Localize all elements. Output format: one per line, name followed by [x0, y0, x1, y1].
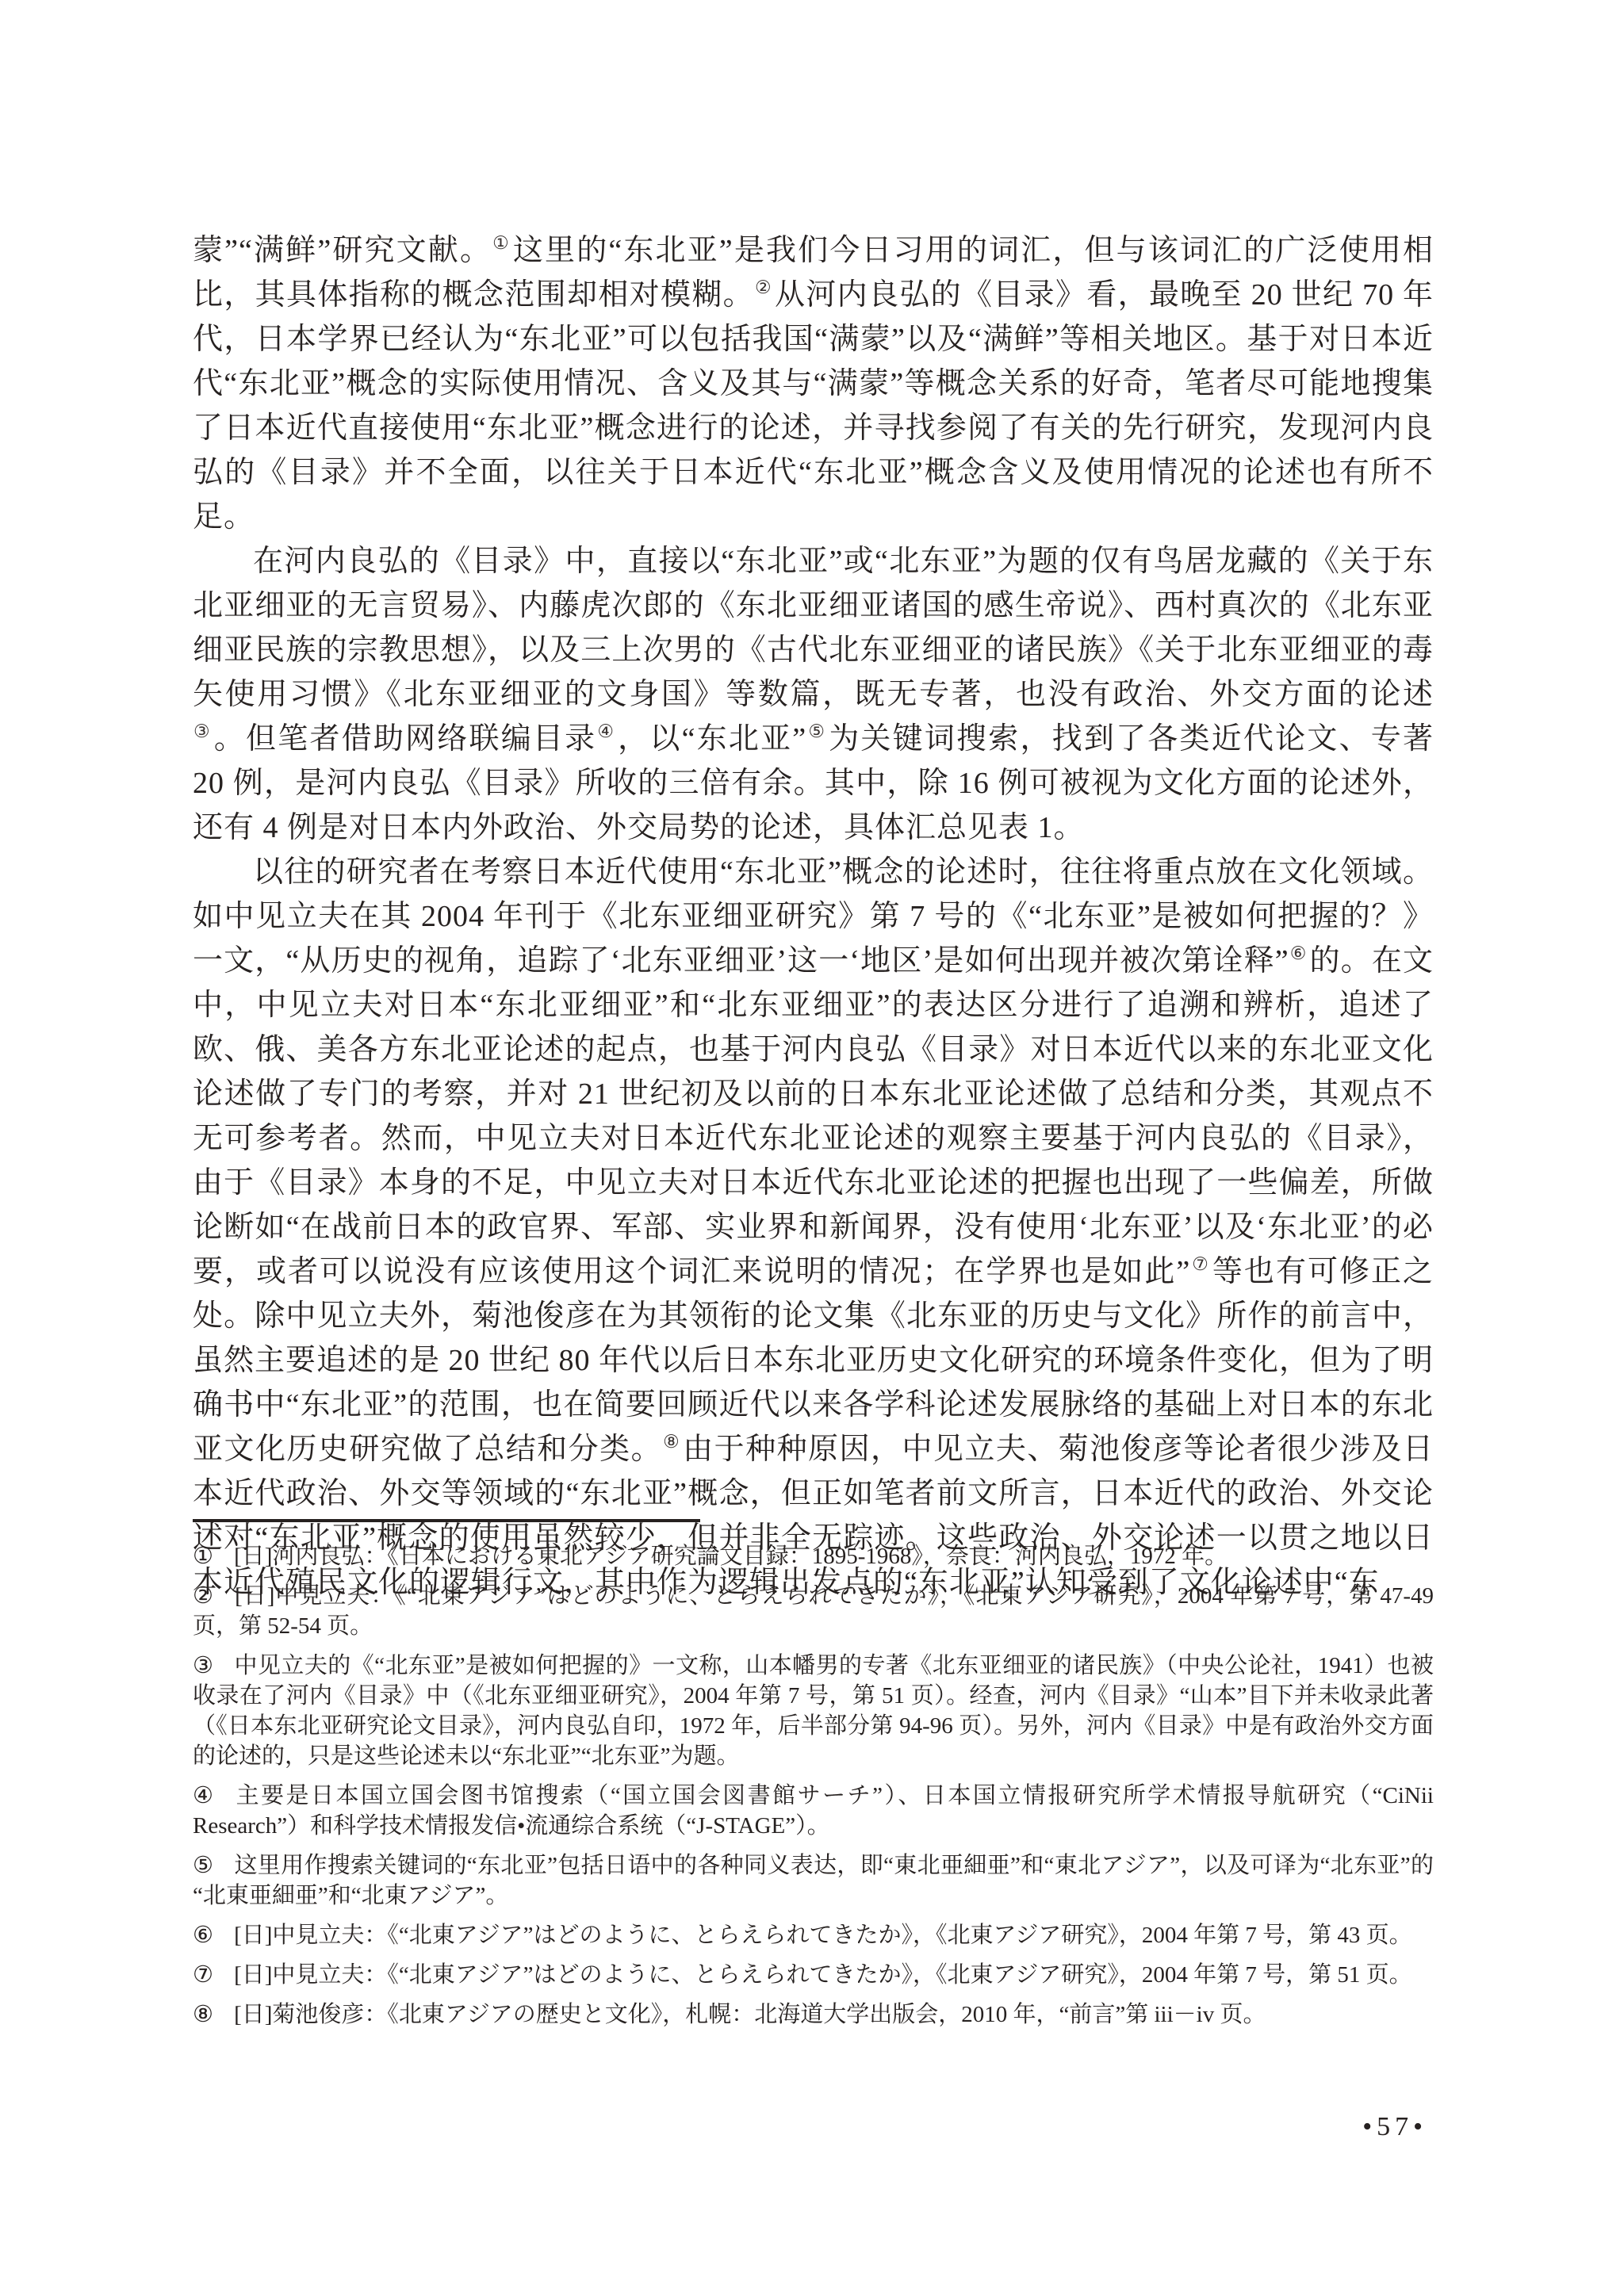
footnote-ref: ⑧: [662, 1432, 683, 1452]
footnote-text: 主要是日本国立国会图书馆搜索（“国立国会図書館サーチ”）、日本国立情报研究所学术…: [193, 1783, 1434, 1839]
footnote-ref: ⑥: [1289, 943, 1310, 963]
footnote-item: ①[日]河内良弘：《日本における東北アジア研究論文目録：1895-1968》，奈…: [193, 1541, 1434, 1571]
footnote-item: ③中见立夫的《“北东亚”是被如何把握的》一文称，山本幡男的专著《北东亚细亚的诸民…: [193, 1651, 1434, 1771]
footnote-separator: [193, 1519, 700, 1522]
footnote-ref: ①: [492, 233, 513, 253]
footnote-ref: ⑤: [806, 721, 829, 741]
footnote-marker: ④: [193, 1783, 215, 1808]
footnote-ref: ③: [193, 721, 214, 741]
footnote-marker: ①: [193, 1544, 213, 1569]
footnote-ref: ⑦: [1190, 1254, 1212, 1274]
footnote-text: [日]中見立夫：《“北東アジア”はどのように、とらえられてきたか》，《北東アジア…: [234, 1923, 1412, 1948]
footnote-item: ⑧[日]菊池俊彦：《北東アジアの歴史と文化》，札幌：北海道大学出版会，2010 …: [193, 1999, 1434, 2030]
footnote-marker: ⑦: [193, 1962, 213, 1988]
footnote-item: ②[日]中見立夫：《“北東アジア”はどのように、とらえられてきたか》，《北東アジ…: [193, 1581, 1434, 1641]
footnote-marker: ⑤: [193, 1853, 213, 1878]
footnote-item: ⑤这里用作搜索关键词的“东北亚”包括日语中的各种同义表达，即“東北亜細亜”和“東…: [193, 1850, 1434, 1911]
footnote-marker: ⑧: [193, 2002, 213, 2027]
paragraph-continuation: 蒙”“满鲜”研究文献。①这里的“东北亚”是我们今日习用的词汇，但与该词汇的广泛使…: [193, 228, 1434, 539]
footnote-item: ⑥[日]中見立夫：《“北東アジア”はどのように、とらえられてきたか》，《北東アジ…: [193, 1920, 1434, 1950]
footnote-text: [日]菊池俊彦：《北東アジアの歴史と文化》，札幌：北海道大学出版会，2010 年…: [234, 2002, 1266, 2027]
paragraph: 以往的研究者在考察日本近代使用“东北亚”概念的论述时，往往将重点放在文化领域。如…: [193, 850, 1434, 1605]
footnote-text: 这里用作搜索关键词的“东北亚”包括日语中的各种同义表达，即“東北亜細亜”和“東北…: [193, 1853, 1434, 1908]
footnote-item: ⑦[日]中見立夫：《“北東アジア”はどのように、とらえられてきたか》，《北東アジ…: [193, 1960, 1434, 1990]
footnote-marker: ⑥: [193, 1923, 213, 1948]
page-number: •57•: [1362, 2112, 1427, 2142]
footnote-marker: ③: [193, 1653, 213, 1678]
footnote-text: [日]河内良弘：《日本における東北アジア研究論文目録：1895-1968》，奈良…: [234, 1544, 1228, 1569]
footnote-text: 中见立夫的《“北东亚”是被如何把握的》一文称，山本幡男的专著《北东亚细亚的诸民族…: [193, 1653, 1434, 1769]
document-page: 蒙”“满鲜”研究文献。①这里的“东北亚”是我们今日习用的词汇，但与该词汇的广泛使…: [0, 0, 1624, 2296]
footnotes-section: ①[日]河内良弘：《日本における東北アジア研究論文目録：1895-1968》，奈…: [193, 1519, 1434, 2039]
footnote-text: [日]中見立夫：《“北東アジア”はどのように、とらえられてきたか》，《北東アジア…: [234, 1962, 1412, 1988]
paragraph: 在河内良弘的《目录》中，直接以“东北亚”或“北东亚”为题的仅有鸟居龙藏的《关于东…: [193, 539, 1434, 850]
footnote-marker: ②: [193, 1583, 214, 1609]
footnote-item: ④主要是日本国立国会图书馆搜索（“国立国会図書館サーチ”）、日本国立情报研究所学…: [193, 1781, 1434, 1841]
article-body: 蒙”“满鲜”研究文献。①这里的“东北亚”是我们今日习用的词汇，但与该词汇的广泛使…: [193, 228, 1434, 1605]
footnote-ref: ②: [754, 277, 775, 297]
footnote-ref: ④: [596, 721, 618, 741]
footnote-text: [日]中見立夫：《“北東アジア”はどのように、とらえられてきたか》，《北東アジア…: [193, 1583, 1434, 1639]
